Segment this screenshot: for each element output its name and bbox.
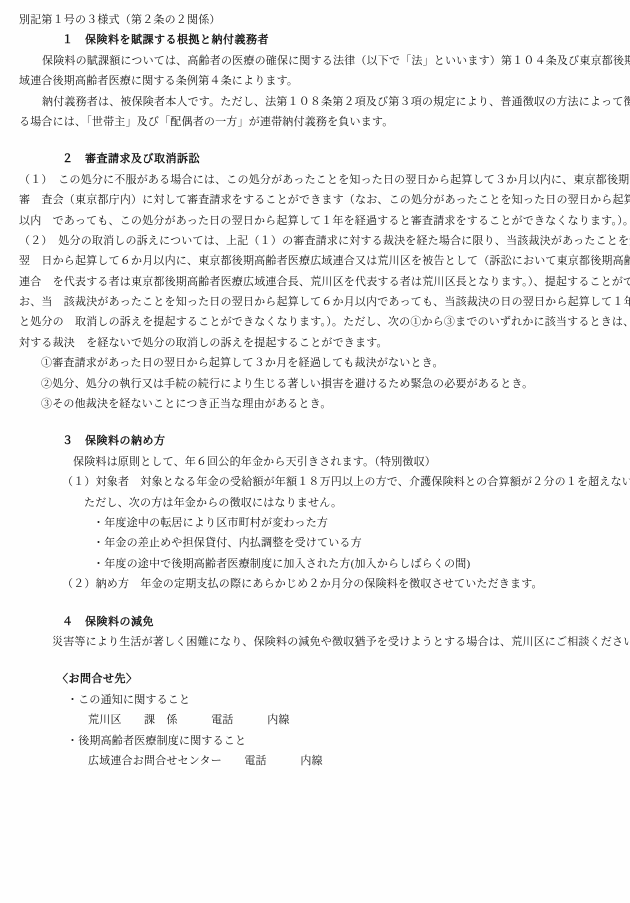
section-2-line: （１） この処分に不服がある場合には、この処分があったことを知った日の翌日から起… — [19, 170, 612, 190]
section-4-heading: ４ 保険料の減免 — [19, 612, 612, 632]
section-2-line: 審 査会（東京都庁内）に対して審査請求をすることができます（なお、この処分があっ… — [19, 190, 612, 210]
section-3-bullet: ・年金の差止めや担保貸付、内払調整を受けている方 — [19, 533, 612, 553]
section-1-heading: １ 保険料を賦課する根拠と納付義務者 — [19, 30, 612, 50]
section-2-line: と処分の 取消しの訴えを提起することができなくなります。）。ただし、次の①から③… — [19, 312, 612, 332]
section-2-line: 連合 を代表する者は東京都後期高齢者医療広域連合長、荒川区を代表する者は荒川区長… — [19, 272, 612, 292]
section-4-line: 災害等により生活が著しく困難になり、保険料の減免や徴収猶予を受けようとする場合は… — [19, 632, 612, 652]
section-2-line: お、当 該裁決があったことを知った日の翌日から起算して６か月以内であっても、当該… — [19, 292, 612, 312]
section-2-heading: ２ 審査請求及び取消訴訟 — [19, 149, 612, 169]
section-2-item-1: ①審査請求があった日の翌日から起算して３か月を経過しても裁決がないとき。 — [19, 353, 612, 373]
section-2-line: （２） 処分の取消しの訴えについては、上記（１）の審査請求に対する裁決を経た場合… — [19, 231, 612, 251]
section-1-line: 納付義務者は、被保険者本人です。ただし、法第１０８条第２項及び第３項の規定により… — [19, 92, 612, 112]
section-2-line: 対する裁決 を経ないで処分の取消しの訴えを提起することができます。 — [19, 333, 612, 353]
section-2-item-3: ③その他裁決を経ないことにつき正当な理由があるとき。 — [19, 394, 612, 414]
section-3-line: （２）納め方 年金の定期支払の際にあらかじめ２か月分の保険料を徴収させていただき… — [19, 574, 612, 594]
section-3-bullet: ・年度途中の転居により区市町村が変わった方 — [19, 513, 612, 533]
section-1-line: る場合には、「世帯主」及び「配偶者の一方」が連帯納付義務を負います。 — [19, 112, 612, 132]
section-3-bullet: ・年度の途中で後期高齢者医療制度に加入された方(加入からしばらくの間) — [19, 554, 612, 574]
section-2-line: 以内 であっても、この処分があった日の翌日から起算して１年を経過すると審査請求を… — [19, 211, 612, 231]
section-3-heading: ３ 保険料の納め方 — [19, 431, 612, 451]
section-3-line: ただし、次の方は年金からの徴収にはなりません。 — [19, 493, 612, 513]
section-3-line: （１）対象者 対象となる年金の受給額が年額１８万円以上の方で、介護保険料との合算… — [19, 472, 612, 492]
contact-system-detail: 広域連合お問合せセンター 電話 内線 — [19, 751, 612, 771]
section-3-line: 保険料は原則として、年６回公的年金から天引きされます。（特別徴収） — [19, 452, 612, 472]
section-2-line: 翌 日から起算して６か月以内に、東京都後期高齢者医療広域連合又は荒川区を被告とし… — [19, 251, 612, 271]
section-1-line: 域連合後期高齢者医療に関する条例第４条によります。 — [19, 71, 612, 91]
section-1-line: 保険料の賦課額については、高齢者の医療の確保に関する法律（以下で「法」といいます… — [19, 51, 612, 71]
contact-notice-detail: 荒川区 課 係 電話 内線 — [19, 710, 612, 730]
section-2-item-2: ②処分、処分の執行又は手続の続行により生じる著しい損害を避けるため緊急の必要があ… — [19, 374, 612, 394]
contact-item-system: ・後期高齢者医療制度に関すること — [19, 731, 612, 751]
contact-item-notice: ・この通知に関すること — [19, 690, 612, 710]
form-number-label: 別記第１号の３様式（第２条の２関係） — [19, 10, 612, 30]
contact-heading: 〈お問合せ先〉 — [19, 669, 612, 689]
document-page: 別記第１号の３様式（第２条の２関係） １ 保険料を賦課する根拠と納付義務者 保険… — [0, 0, 630, 903]
